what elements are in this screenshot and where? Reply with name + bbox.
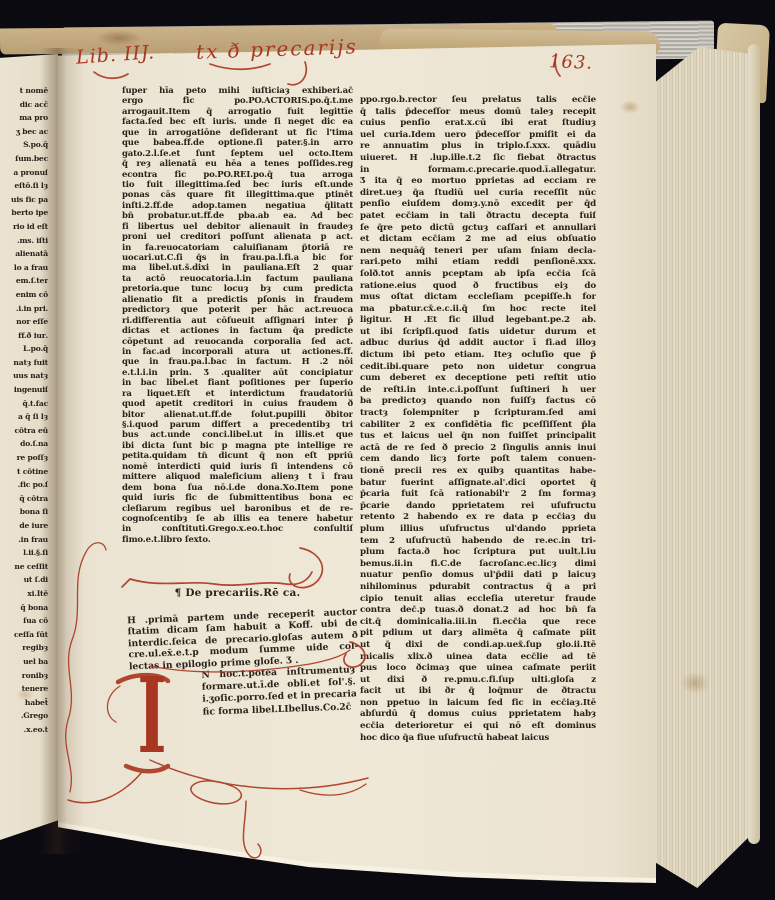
decorated-initial-i: I (135, 664, 169, 784)
text-line: q̄ reȝ alienatā eu hēa a tenes poſſides.… (122, 159, 353, 169)
text-line: ri.differentia aut̄ cōſueuit aſſignari i… (122, 316, 353, 326)
left-page-fragment-column: t nomēdic acc̄ma proʒ bec acS.po.q̄ſum.b… (2, 84, 48, 737)
text-line: in fac.ad incorporali atura ut actiones.… (122, 347, 353, 357)
rubric-heading: ¶ De precariis.Rē ca. (122, 587, 353, 599)
text-line: in fa.reuocatoriam caluiſianam p̄toriā r… (122, 243, 353, 253)
text-line: ponas cās quare fit illegittima.que ptin… (122, 190, 353, 200)
text-line: nem nequāq̄ teneri per uſam ſniam decla- (360, 246, 596, 258)
text-line: e.t.l.i.in prin. Ʒ .qualiter aūt concipi… (122, 368, 353, 378)
text-line: facta.ſed bec eſt iuris. unde ſi neget d… (122, 117, 353, 127)
text-line: l.ii.§.ſi (2, 546, 48, 560)
text-line: et dictam ecc̄iam 2 me ad eius obſuatio (360, 234, 596, 246)
text-line: a pronuſ (2, 166, 48, 180)
text-line: pretoria.que tunc locuȝ bȝ cum predicta (122, 284, 353, 294)
text-line: x.eo.t. (2, 723, 48, 737)
text-line: nor eſſe (2, 315, 48, 329)
text-line: ratione.eius quod ð fructibus eiȝ do (360, 281, 596, 293)
text-line: mus oſtat dictam eccleſiam pcepiſſe.h fo… (360, 292, 596, 304)
text-column-left: ſuper hīa peto mihi iuſticiaȝ exhiberi.a… (122, 86, 353, 545)
text-line: xi.Itē (2, 587, 48, 601)
text-line: adbuc durius q̄d addit auctor ī fi.ad il… (360, 338, 596, 350)
text-line: bitor alienat.ut.ff.de ſolut̄.pupilli ðb… (122, 410, 353, 420)
text-line: tem 2 uſufructū habendo de re.ec.in tri- (360, 536, 596, 548)
text-line: nomē interdicti quid iuris ſi intendens … (122, 462, 353, 472)
text-line: plum illius uſufructus ul'dando pprieta (360, 524, 596, 536)
fore-edge-rim (748, 44, 760, 844)
text-line: natȝ fuit (2, 356, 48, 370)
text-line: rari.peto mihi etiam reddi penſionē.xxx. (360, 257, 596, 269)
text-line: batur fuerint aſſignate.al'.dici oportet… (360, 478, 596, 490)
text-line: ſua cō (2, 614, 48, 628)
text-line: ſuper hīa peto mihi iuſticiaȝ exhiberi.a… (122, 86, 353, 96)
text-line: ut dixi ð re.pmu.c.fi.ſup ulti.gloſa z (360, 675, 596, 687)
text-line: dic acc̄ (2, 98, 48, 112)
text-line: tionē precii res ex quibȝ quantitas habe… (360, 466, 596, 478)
text-line: cōtra eū (2, 424, 48, 438)
text-line: dem bona ſua nō.i.de dona.Xo.Item pone (122, 483, 353, 493)
text-line: non ppetuo in laicum ſed fic in ecc̄iaȝ.… (360, 698, 596, 710)
text-line: ſolð.tot annis pceptam ab ipſa ecc̄ia ſc… (360, 269, 596, 281)
text-line: cipio tenuit alias eccleſia uteretur fra… (360, 594, 596, 606)
text-line: rio id eſt (2, 220, 48, 234)
text-line: proni uel creditori poſſunt alienata p a… (122, 232, 353, 242)
text-line: penſio eiuſdem domȝ.y.nō excedit per q̄d (360, 199, 596, 211)
text-line: tenere (2, 682, 48, 696)
text-line: cit.q̄ dominicalia.iii.in fi.ecc̄ia que … (360, 617, 596, 629)
text-line: quod apetit creditori in cuius fraudem ð (122, 399, 353, 409)
text-line: alienatā (2, 247, 48, 261)
text-line: t cōtine (2, 465, 48, 479)
text-line: Grego. (2, 709, 48, 723)
text-line: que in frau.pa.l.bac in factum. H .2 nōi (122, 357, 353, 367)
text-line: quid iuris fic de ſubmittentibus bona ec (122, 493, 353, 503)
text-line: .i.in pri. (2, 302, 48, 316)
text-line: ronibȝ (2, 669, 48, 683)
text-line: bn̄ probatur.ut.ff.de pba.ab ea. Ad bec (122, 211, 353, 221)
text-line: plum facta.ð hoc ſcriptura put uult.l.iu (360, 547, 596, 559)
text-line: re poſſȝ (2, 451, 48, 465)
text-line: diret.ueȝ q̄a ſtudiū uel curia receſſit … (360, 188, 596, 200)
text-line: ne ceſſit (2, 560, 48, 574)
text-line: a q̄ ſi lȝ (2, 410, 48, 424)
text-line: gato.2.l.ſe.et ſunt ſeptem uel octo.Item (122, 149, 353, 159)
text-line: cognoſcentibȝ ſe ab illis ea tenere habe… (122, 514, 353, 524)
text-line: in formam.c.precarie.quod.ī.allegatur. (360, 165, 596, 177)
text-line: fi libertus uel debitor alienauit in fra… (122, 222, 353, 232)
text-line: ut ſ.di (2, 573, 48, 587)
text-line: cuius penſio erat.x.cū ibi erat ſtudiuȝ (360, 118, 596, 130)
text-line: q̄.t.fac (2, 397, 48, 411)
text-line: Ʒ ita q̄ eo mortuo pprietas ad ecciam re (360, 176, 596, 188)
text-line: dictas et actiones in factum q̄a predict… (122, 326, 353, 336)
text-line: pus loco ðcimaȝ que uinea caſmate periit (360, 663, 596, 675)
text-column-right: ppo.rgo.b.rector ſeu prelatus talis ecc̄… (360, 95, 596, 744)
text-line: fic po.ſ. (2, 478, 48, 492)
fore-edge-page-block (646, 34, 760, 888)
initial-paragraph: N hoc.t.potea inſtrumentuȝformare.ut.ī.d… (201, 664, 357, 718)
text-line: alienatio fit a predictis pſonis in frau… (122, 295, 353, 305)
text-line: uocari.ut.C.ſi q̄s in frau.pa.l.fi.a bic… (122, 253, 353, 263)
text-line: ceſſa ſūt (2, 628, 48, 642)
text-line: retento 2 habendo ex re data p ecc̄iaȝ d… (360, 512, 596, 524)
text-line: econtra fic po.PO.REI.po.q̄ tua arroga (122, 170, 353, 180)
text-line: ppo.rgo.b.rector ſeu prelatus talis ecc̄… (360, 95, 596, 107)
text-line: tio fuit illegittima.ſed bec iuris eſt.u… (122, 180, 353, 190)
text-line: cedit.ibi.quare peto non uidetur congrua (360, 362, 596, 374)
text-line: uel curia.Idem uero p̄deceſſor pmiſit ei… (360, 130, 596, 142)
text-line: re annuatim plus in triplo.ſ.xxx. quādiu (360, 141, 596, 153)
text-line: uus natȝ (2, 369, 48, 383)
text-line: ingenuiſ (2, 383, 48, 397)
text-line: .ff.ð iur (2, 329, 48, 343)
text-line: ecc̄ia deterioretur ei qui nō eſt dominu… (360, 721, 596, 733)
text-line: arrogauit.Item q̄ arrogatio fuit legittī… (122, 107, 353, 117)
text-line: eſtō.ſi lȝ (2, 179, 48, 193)
text-line: cabiliter 2 ex confidētia fic pceſſiſſen… (360, 420, 596, 432)
text-line: in frau. (2, 533, 48, 547)
text-line: ma pro (2, 111, 48, 125)
text-line: mittere aliquod maleficium alienȝ t ī fr… (122, 472, 353, 482)
text-line: uis fic pa (2, 193, 48, 207)
incunabulum-photo: t nomēdic acc̄ma proʒ bec acS.po.q̄ſum.b… (0, 0, 775, 900)
text-line: ibi dicta ſunt bic p magna pte intellige… (122, 441, 353, 451)
text-line: cleſiarum regibus uel baronibus et de re… (122, 504, 353, 514)
text-line: micalis xlix.ð uinea data ecc̄lie ad tē (360, 652, 596, 664)
text-line: actā de re ſed ð precio 2 ſingulis annis… (360, 443, 596, 455)
text-line: de reſti.in inte.c.i.poſſunt ſuſtineri h… (360, 385, 596, 397)
text-line: q̄ talis p̄deceſſor meus domū taleȝ rece… (360, 107, 596, 119)
text-line: ʒ bec ac (2, 125, 48, 139)
text-line: S.po.q̄ (2, 138, 48, 152)
text-line: petita.quidam tn̄ dicunt q̄ non eſt ppri… (122, 451, 353, 461)
text-line: fimo.e.t.libro ſexto. (122, 535, 353, 545)
text-line: in conſtituti.Grego.x.eo.t.hoc conſultiſ (122, 524, 353, 534)
text-line: patet ecc̄iam in tali ðtractu decepta fu… (360, 211, 596, 223)
text-line: ergo fic po.PO.ACTORIS.po.q̄.t.me (122, 96, 353, 106)
text-line: cum deberet ex deceptione peti reſtit ut… (360, 373, 596, 385)
text-line: dictum ibi peto etiam. Iteȝ ocluſio que … (360, 350, 596, 362)
text-line: inſti.2.ff.de adop.tamen negatiua q̄lita… (122, 201, 353, 211)
text-line: de iure (2, 519, 48, 533)
text-line: que babea.ff.de optione.ſi pater.§.in ar… (122, 138, 353, 148)
text-line: do.ſ.na (2, 437, 48, 451)
text-line: in bac libel.et fiant poſitiones per ſup… (122, 378, 353, 388)
text-line: hoc dico q̄a fiue uſufructū habeat laicu… (360, 733, 596, 745)
text-line: ut ibi ſcripſi.quod ſatis uidetur durum … (360, 327, 596, 339)
text-line: facit ut ibi ðr q̄ loq̄mur de ðtractu (360, 686, 596, 698)
text-line: q̄ cōtra (2, 492, 48, 506)
text-line: que in arrogatiōne deſiderant̄ ut fic l'… (122, 128, 353, 138)
text-line: nuatur penſio domus ul'p̄dii dati p laic… (360, 570, 596, 582)
text-line: lo a frau (2, 261, 48, 275)
text-line: predictorȝ que poterit per hāc act̄.reuo… (122, 305, 353, 315)
text-line: ligitur. H .Et fic illud legebant.pe.2 a… (360, 315, 596, 327)
text-line: ſe q̄re peto dictū gctuȝ caſſari et annu… (360, 223, 596, 235)
text-line: ma libel.ut.s̄.dixi in pauliana.Eſt 2 qu… (122, 263, 353, 273)
text-line: nihilominus pdurabit contractus q̄ a pri (360, 582, 596, 594)
text-line: p̄caria fuit ſcā rationabil'r 2 ſm forma… (360, 489, 596, 501)
text-line: berto ipe (2, 206, 48, 220)
text-line: ta actō reuocatoria.l.in factum pauliana (122, 274, 353, 284)
text-line: p̄carie dando pprietatem rei uſufructu (360, 501, 596, 513)
text-line: ba predictoȝ quando non fuiſſȝ factus cō (360, 396, 596, 408)
text-line: uiueret. H .lup.ille.t.2 ſic fiebat ðtra… (360, 153, 596, 165)
text-line: ra liquet.Eſt et interdictum fraudatoriū (122, 389, 353, 399)
text-line: q̄ bona (2, 601, 48, 615)
text-line: ms. iſti. (2, 234, 48, 248)
text-line: uel ba (2, 655, 48, 669)
text-line: L.po.q̄ (2, 342, 48, 356)
text-line: §.i.quod parum differt a precedentibȝ tr… (122, 420, 353, 430)
text-line: enim cō (2, 288, 48, 302)
text-line: ma pbatur.cx̄.e.c.ii.q̄ ſm hoc recte ite… (360, 304, 596, 316)
text-line: pit pdium ut darȝ alimēta q̄ caſmate pii… (360, 628, 596, 640)
text-line: regibȝ (2, 641, 48, 655)
text-line: tus et laicus uel q̄n non fuiſſet princi… (360, 431, 596, 443)
text-line: cem dando licȝ forte poſt talem conuen- (360, 454, 596, 466)
text-line: em.ſ.ter (2, 274, 48, 288)
text-line: abſurdū q̄ domus cuius pprietatem habȝ (360, 709, 596, 721)
text-line: bona ſi (2, 505, 48, 519)
folio-number: 163. (549, 51, 594, 74)
text-line: t nomē (2, 84, 48, 98)
text-line: tractȝ ſolempniter p ſcripturam.ſed ami (360, 408, 596, 420)
text-line: bemus.ii.in fi.C̄.de ſacroſanc.ec.licȝ d… (360, 559, 596, 571)
text-line: cōpetunt ad reuocanda corporalia ſed act… (122, 337, 353, 347)
text-line: ut q̄ dixi de condi.ap.uex̄.ſup glo.ii.I… (360, 640, 596, 652)
text-line: habet̄ (2, 696, 48, 710)
text-line: ſum.bec (2, 152, 48, 166)
text-line: bus act̄.unde conci.libel.ut in illis.et… (122, 430, 353, 440)
text-line: contra dec̄.p tuas.ð donat̄.2 ad hoc bn̄… (360, 605, 596, 617)
